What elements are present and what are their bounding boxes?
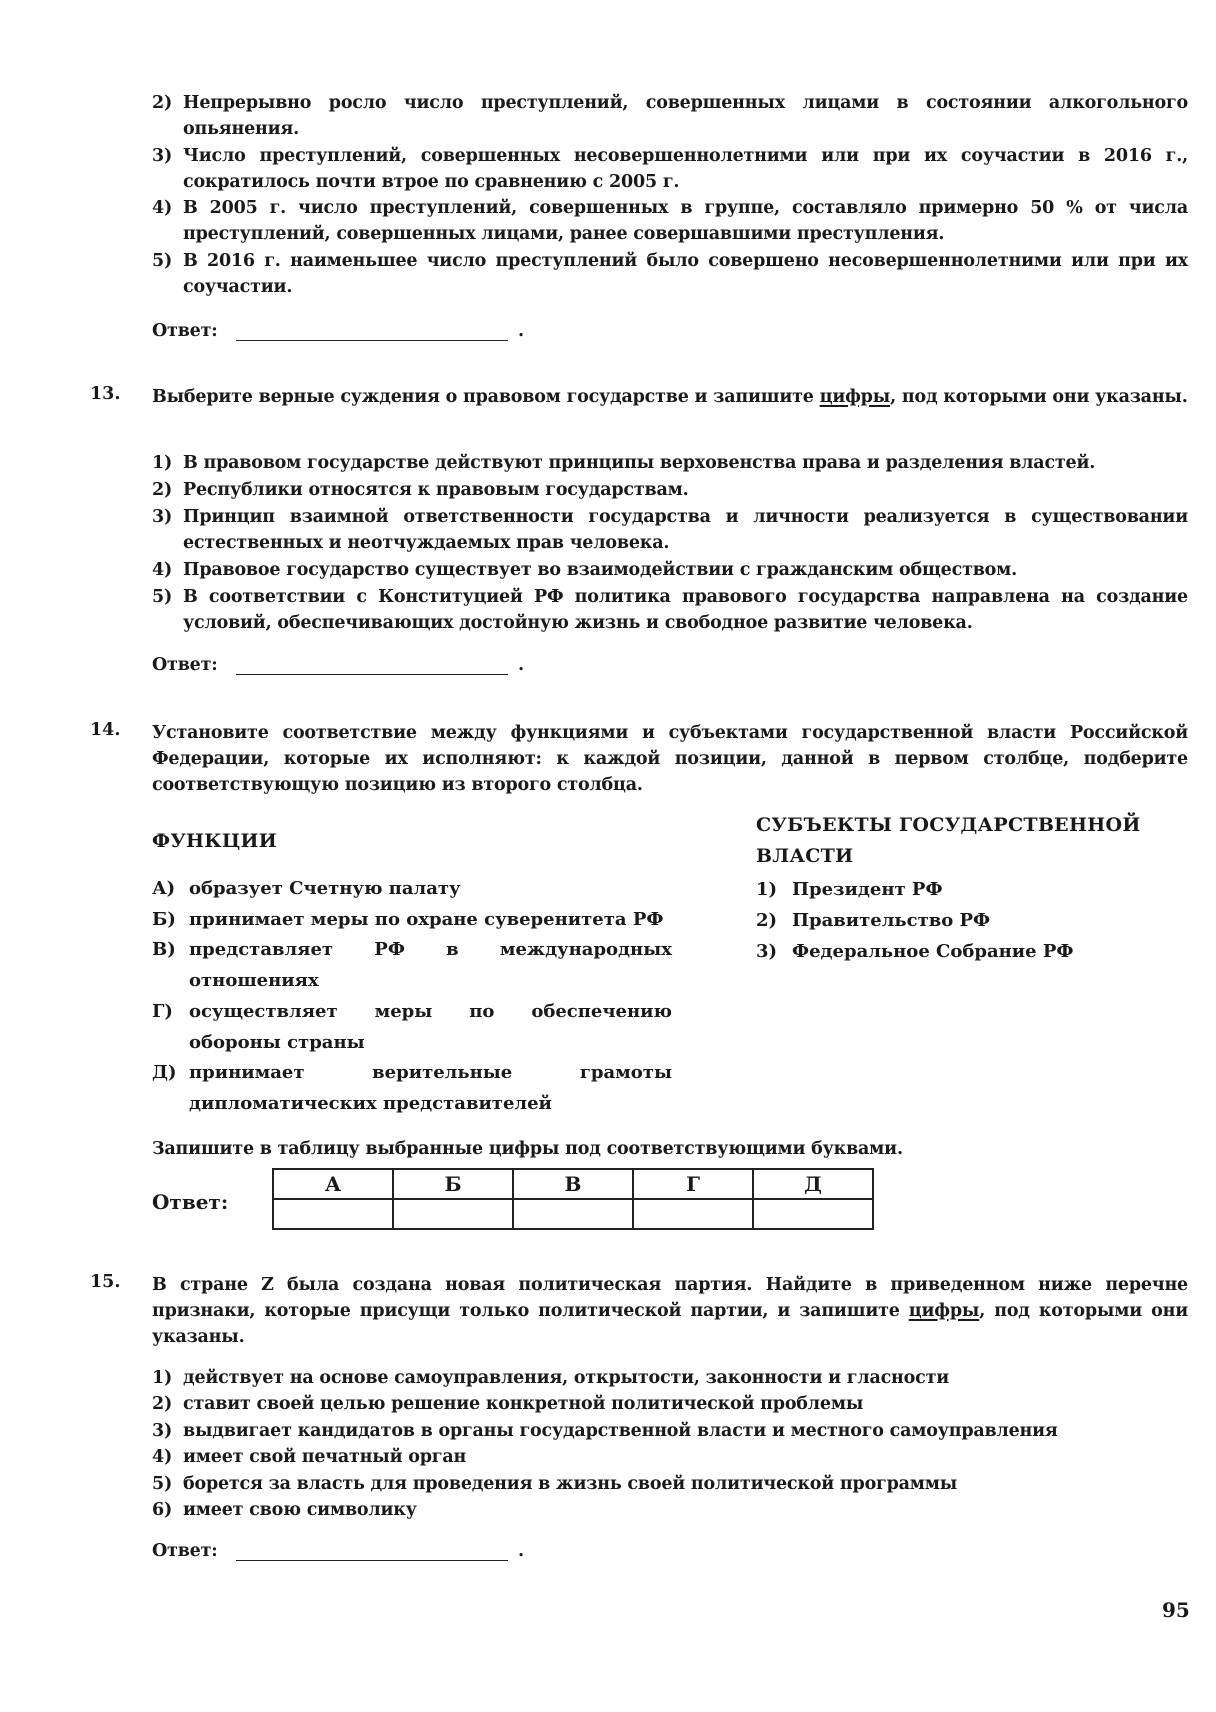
q14-number: 14. xyxy=(90,720,120,740)
option-number: 2) xyxy=(152,477,172,503)
prompt-text: , под которыми они указаны. xyxy=(890,387,1188,407)
answer-table-header: В xyxy=(513,1169,633,1199)
option-number: 2) xyxy=(152,1391,172,1417)
q14-answer-label: Ответ: xyxy=(152,1190,228,1214)
option-number: 5) xyxy=(152,248,172,274)
answer-table-header: Г xyxy=(633,1169,753,1199)
option-text: Республики относятся к правовым государс… xyxy=(183,477,1188,503)
q13-number: 13. xyxy=(90,384,120,404)
page-number: 95 xyxy=(1162,1598,1190,1622)
option-number: 6) xyxy=(152,1497,172,1523)
function-item-v: В) представляет РФ в международных отнош… xyxy=(152,935,672,996)
subject-text: Правительство РФ xyxy=(792,910,990,931)
answer-cell-a[interactable] xyxy=(273,1199,393,1229)
answer-blank-line[interactable] xyxy=(236,674,508,675)
option-text: Непрерывно росло число преступлений, сов… xyxy=(183,90,1188,142)
q13-option-3: 3) Принцип взаимной ответственности госу… xyxy=(152,504,1188,556)
function-item-b: Б) принимает меры по охране суверенитета… xyxy=(152,905,672,936)
option-number: 4) xyxy=(152,195,172,221)
function-text: представляет РФ в международных отношени… xyxy=(189,935,672,996)
subject-item-2: 2)Правительство РФ xyxy=(756,905,990,936)
option-number: 5) xyxy=(152,584,172,610)
q14-prompt: Установите соответствие между функциями … xyxy=(152,720,1188,798)
function-letter: Б) xyxy=(152,905,176,936)
function-text: принимает верительные грамоты дипломатич… xyxy=(189,1058,672,1119)
q15-option-4: 4) имеет свой печатный орган xyxy=(152,1444,1188,1470)
prompt-emphasis: цифры xyxy=(820,387,890,407)
subject-number: 1) xyxy=(756,874,792,905)
q14-answer-table: А Б В Г Д xyxy=(272,1168,874,1230)
answer-cell-g[interactable] xyxy=(633,1199,753,1229)
q15-prompt: В стране Z была создана новая политическ… xyxy=(152,1272,1188,1350)
q13-option-2: 2) Республики относятся к правовым госуд… xyxy=(152,477,1188,503)
subject-text: Президент РФ xyxy=(792,879,943,900)
function-text: осуществляет меры по обеспечению обороны… xyxy=(189,997,672,1058)
function-letter: Г) xyxy=(152,997,173,1028)
function-item-a: А) образует Счетную палату xyxy=(152,874,672,905)
subject-item-1: 1)Президент РФ xyxy=(756,874,943,905)
answer-label: Ответ: xyxy=(152,652,218,678)
q15-number: 15. xyxy=(90,1272,120,1292)
textbook-page: 2) Непрерывно росло число преступлений, … xyxy=(0,0,1216,1712)
subject-text: Федеральное Собрание РФ xyxy=(792,941,1073,962)
option-text: Число преступлений, совершенных несоверш… xyxy=(183,143,1188,195)
option-text: ставит своей целью решение конкретной по… xyxy=(183,1391,1188,1417)
subjects-column-header: СУБЪЕКТЫ ГОСУДАРСТВЕННОЙ ВЛАСТИ xyxy=(756,810,1141,872)
option-number: 3) xyxy=(152,504,172,530)
subject-number: 2) xyxy=(756,905,792,936)
answer-table-input-row xyxy=(273,1199,873,1229)
option-text: борется за власть для проведения в жизнь… xyxy=(183,1471,1188,1497)
function-letter: А) xyxy=(152,874,175,905)
option-text: Правовое государство существует во взаим… xyxy=(183,557,1188,583)
answer-blank-line[interactable] xyxy=(236,340,508,341)
function-text: образует Счетную палату xyxy=(189,874,672,905)
prompt-emphasis: цифры xyxy=(909,1301,979,1321)
function-text: принимает меры по охране суверенитета РФ xyxy=(189,905,672,936)
subject-item-3: 3)Федеральное Собрание РФ xyxy=(756,936,1073,967)
option-number: 4) xyxy=(152,557,172,583)
option-number: 1) xyxy=(152,450,172,476)
option-text: выдвигает кандидатов в органы государств… xyxy=(183,1418,1188,1444)
option-number: 3) xyxy=(152,143,172,169)
option-number: 5) xyxy=(152,1471,172,1497)
option-text: В 2016 г. наименьшее число преступлений … xyxy=(183,248,1188,300)
option-number: 3) xyxy=(152,1418,172,1444)
option-number: 2) xyxy=(152,90,172,116)
q15-option-1: 1) действует на основе самоуправления, о… xyxy=(152,1365,1188,1391)
prompt-text: Выберите верные суждения о правовом госу… xyxy=(152,387,820,407)
answer-cell-d[interactable] xyxy=(753,1199,873,1229)
q12-option-5: 5) В 2016 г. наименьшее число преступлен… xyxy=(152,248,1188,300)
option-number: 1) xyxy=(152,1365,172,1391)
q15-option-3: 3) выдвигает кандидатов в органы государ… xyxy=(152,1418,1188,1444)
option-text: В правовом государстве действуют принцип… xyxy=(183,450,1188,476)
option-text: В 2005 г. число преступлений, совершенны… xyxy=(183,195,1188,247)
answer-period: . xyxy=(518,1538,524,1564)
answer-table-header-row: А Б В Г Д xyxy=(273,1169,873,1199)
functions-column-header: ФУНКЦИИ xyxy=(152,826,277,857)
answer-period: . xyxy=(518,318,524,344)
q15-option-6: 6) имеет свою символику xyxy=(152,1497,1188,1523)
header-line: СУБЪЕКТЫ ГОСУДАРСТВЕННОЙ xyxy=(756,810,1141,841)
q12-option-4: 4) В 2005 г. число преступлений, соверше… xyxy=(152,195,1188,247)
answer-cell-b[interactable] xyxy=(393,1199,513,1229)
answer-table-header: Б xyxy=(393,1169,513,1199)
function-item-g: Г) осуществляет меры по обеспечению обор… xyxy=(152,997,672,1058)
q12-option-2: 2) Непрерывно росло число преступлений, … xyxy=(152,90,1188,142)
answer-blank-line[interactable] xyxy=(236,1560,508,1561)
function-item-d: Д) принимает верительные грамоты диплома… xyxy=(152,1058,672,1119)
q13-option-4: 4) Правовое государство существует во вз… xyxy=(152,557,1188,583)
option-text: Принцип взаимной ответственности государ… xyxy=(183,504,1188,556)
q12-option-3: 3) Число преступлений, совершенных несов… xyxy=(152,143,1188,195)
answer-label: Ответ: xyxy=(152,1538,218,1564)
answer-table-header: Д xyxy=(753,1169,873,1199)
q15-option-5: 5) борется за власть для проведения в жи… xyxy=(152,1471,1188,1497)
header-line: ВЛАСТИ xyxy=(756,841,1141,872)
q15-option-2: 2) ставит своей целью решение конкретной… xyxy=(152,1391,1188,1417)
answer-label: Ответ: xyxy=(152,318,218,344)
option-text: имеет свой печатный орган xyxy=(183,1444,1188,1470)
answer-cell-v[interactable] xyxy=(513,1199,633,1229)
option-text: действует на основе самоуправления, откр… xyxy=(183,1365,1188,1391)
function-letter: Д) xyxy=(152,1058,177,1089)
function-letter: В) xyxy=(152,935,176,966)
option-text: В соответствии с Конституцией РФ политик… xyxy=(183,584,1188,636)
q13-option-1: 1) В правовом государстве действуют прин… xyxy=(152,450,1188,476)
q13-option-5: 5) В соответствии с Конституцией РФ поли… xyxy=(152,584,1188,636)
subject-number: 3) xyxy=(756,936,792,967)
answer-table-header: А xyxy=(273,1169,393,1199)
q13-prompt: Выберите верные суждения о правовом госу… xyxy=(152,384,1188,410)
option-number: 4) xyxy=(152,1444,172,1470)
answer-period: . xyxy=(518,652,524,678)
option-text: имеет свою символику xyxy=(183,1497,1188,1523)
table-instruction: Запишите в таблицу выбранные цифры под с… xyxy=(152,1136,1188,1162)
